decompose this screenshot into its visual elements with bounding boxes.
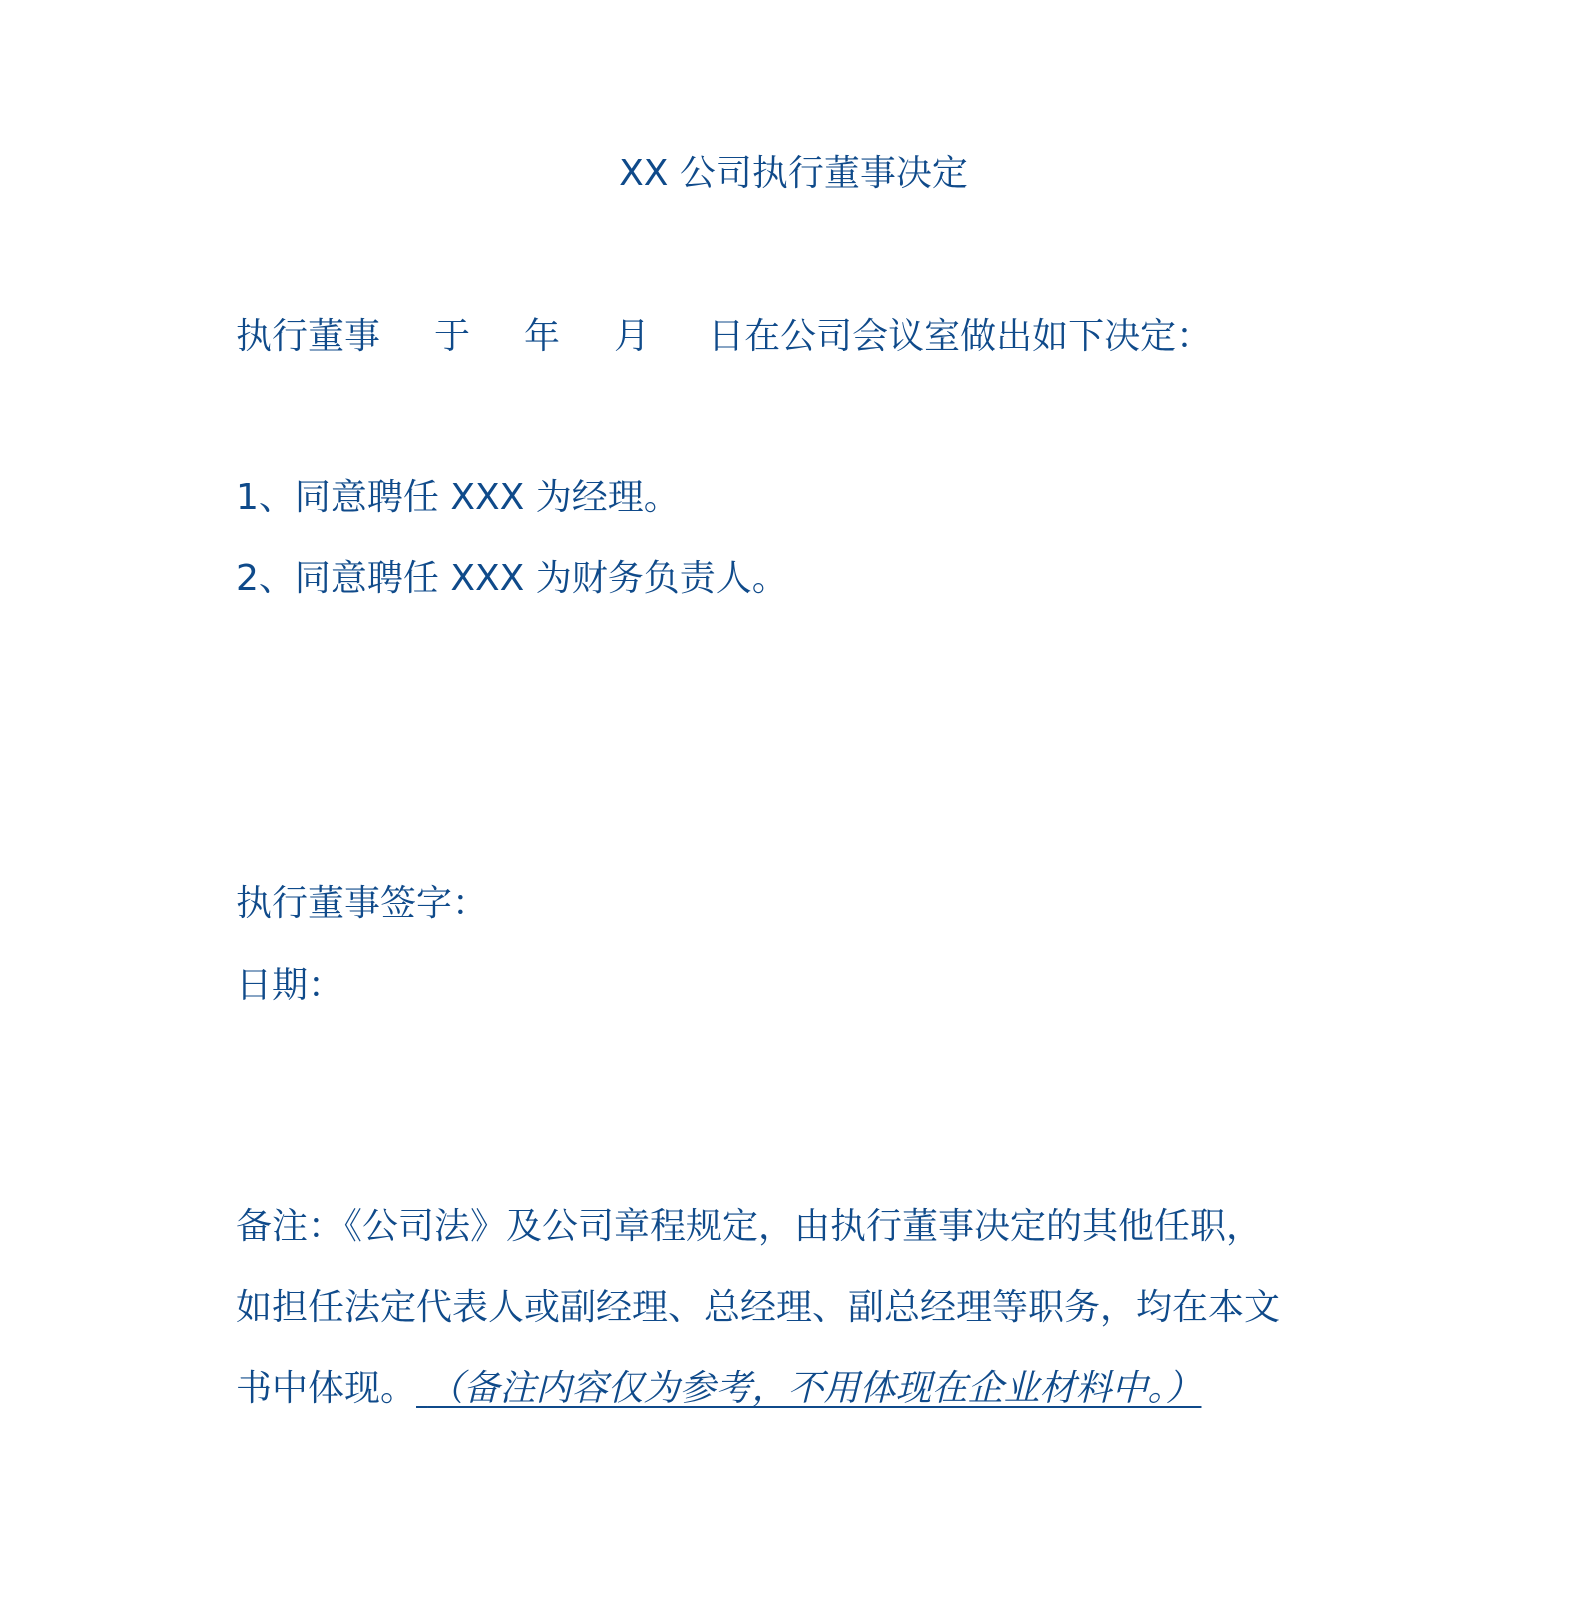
resolution-item-1: 1、同意聘任 XXX 为经理。 [236, 474, 680, 522]
signature-label: 执行董事签字： [236, 880, 488, 928]
document-page: XX 公司执行董事决定 执行董事于年月日在公司会议室做出如下决定： 1、同意聘任… [0, 0, 1587, 1610]
intro-year: 年 [524, 316, 560, 357]
date-label: 日期： [236, 962, 344, 1010]
remark-underline-lead [416, 1368, 427, 1409]
note-line-1: 备注：《公司法》及公司章程规定，由执行董事决定的其他任职， [236, 1203, 1262, 1251]
intro-director: 执行董事 [236, 316, 380, 357]
resolution-item-2: 2、同意聘任 XXX 为财务负责人。 [236, 555, 788, 603]
intro-yu: 于 [434, 316, 470, 357]
intro-line: 执行董事于年月日在公司会议室做出如下决定： [236, 313, 1212, 361]
intro-rest: 日在公司会议室做出如下决定： [708, 316, 1212, 357]
note-line-3-text: 书中体现。 [236, 1368, 416, 1409]
intro-month: 月 [614, 316, 650, 357]
note-line-2: 如担任法定代表人或副经理、总经理、副总经理等职务，均在本文 [236, 1284, 1280, 1332]
note-line-3: 书中体现。 （备注内容仅为参考，不用体现在企业材料中。） [236, 1365, 1201, 1413]
remark-italic: （备注内容仅为参考，不用体现在企业材料中。） [427, 1368, 1201, 1409]
document-title: XX 公司执行董事决定 [0, 150, 1587, 198]
